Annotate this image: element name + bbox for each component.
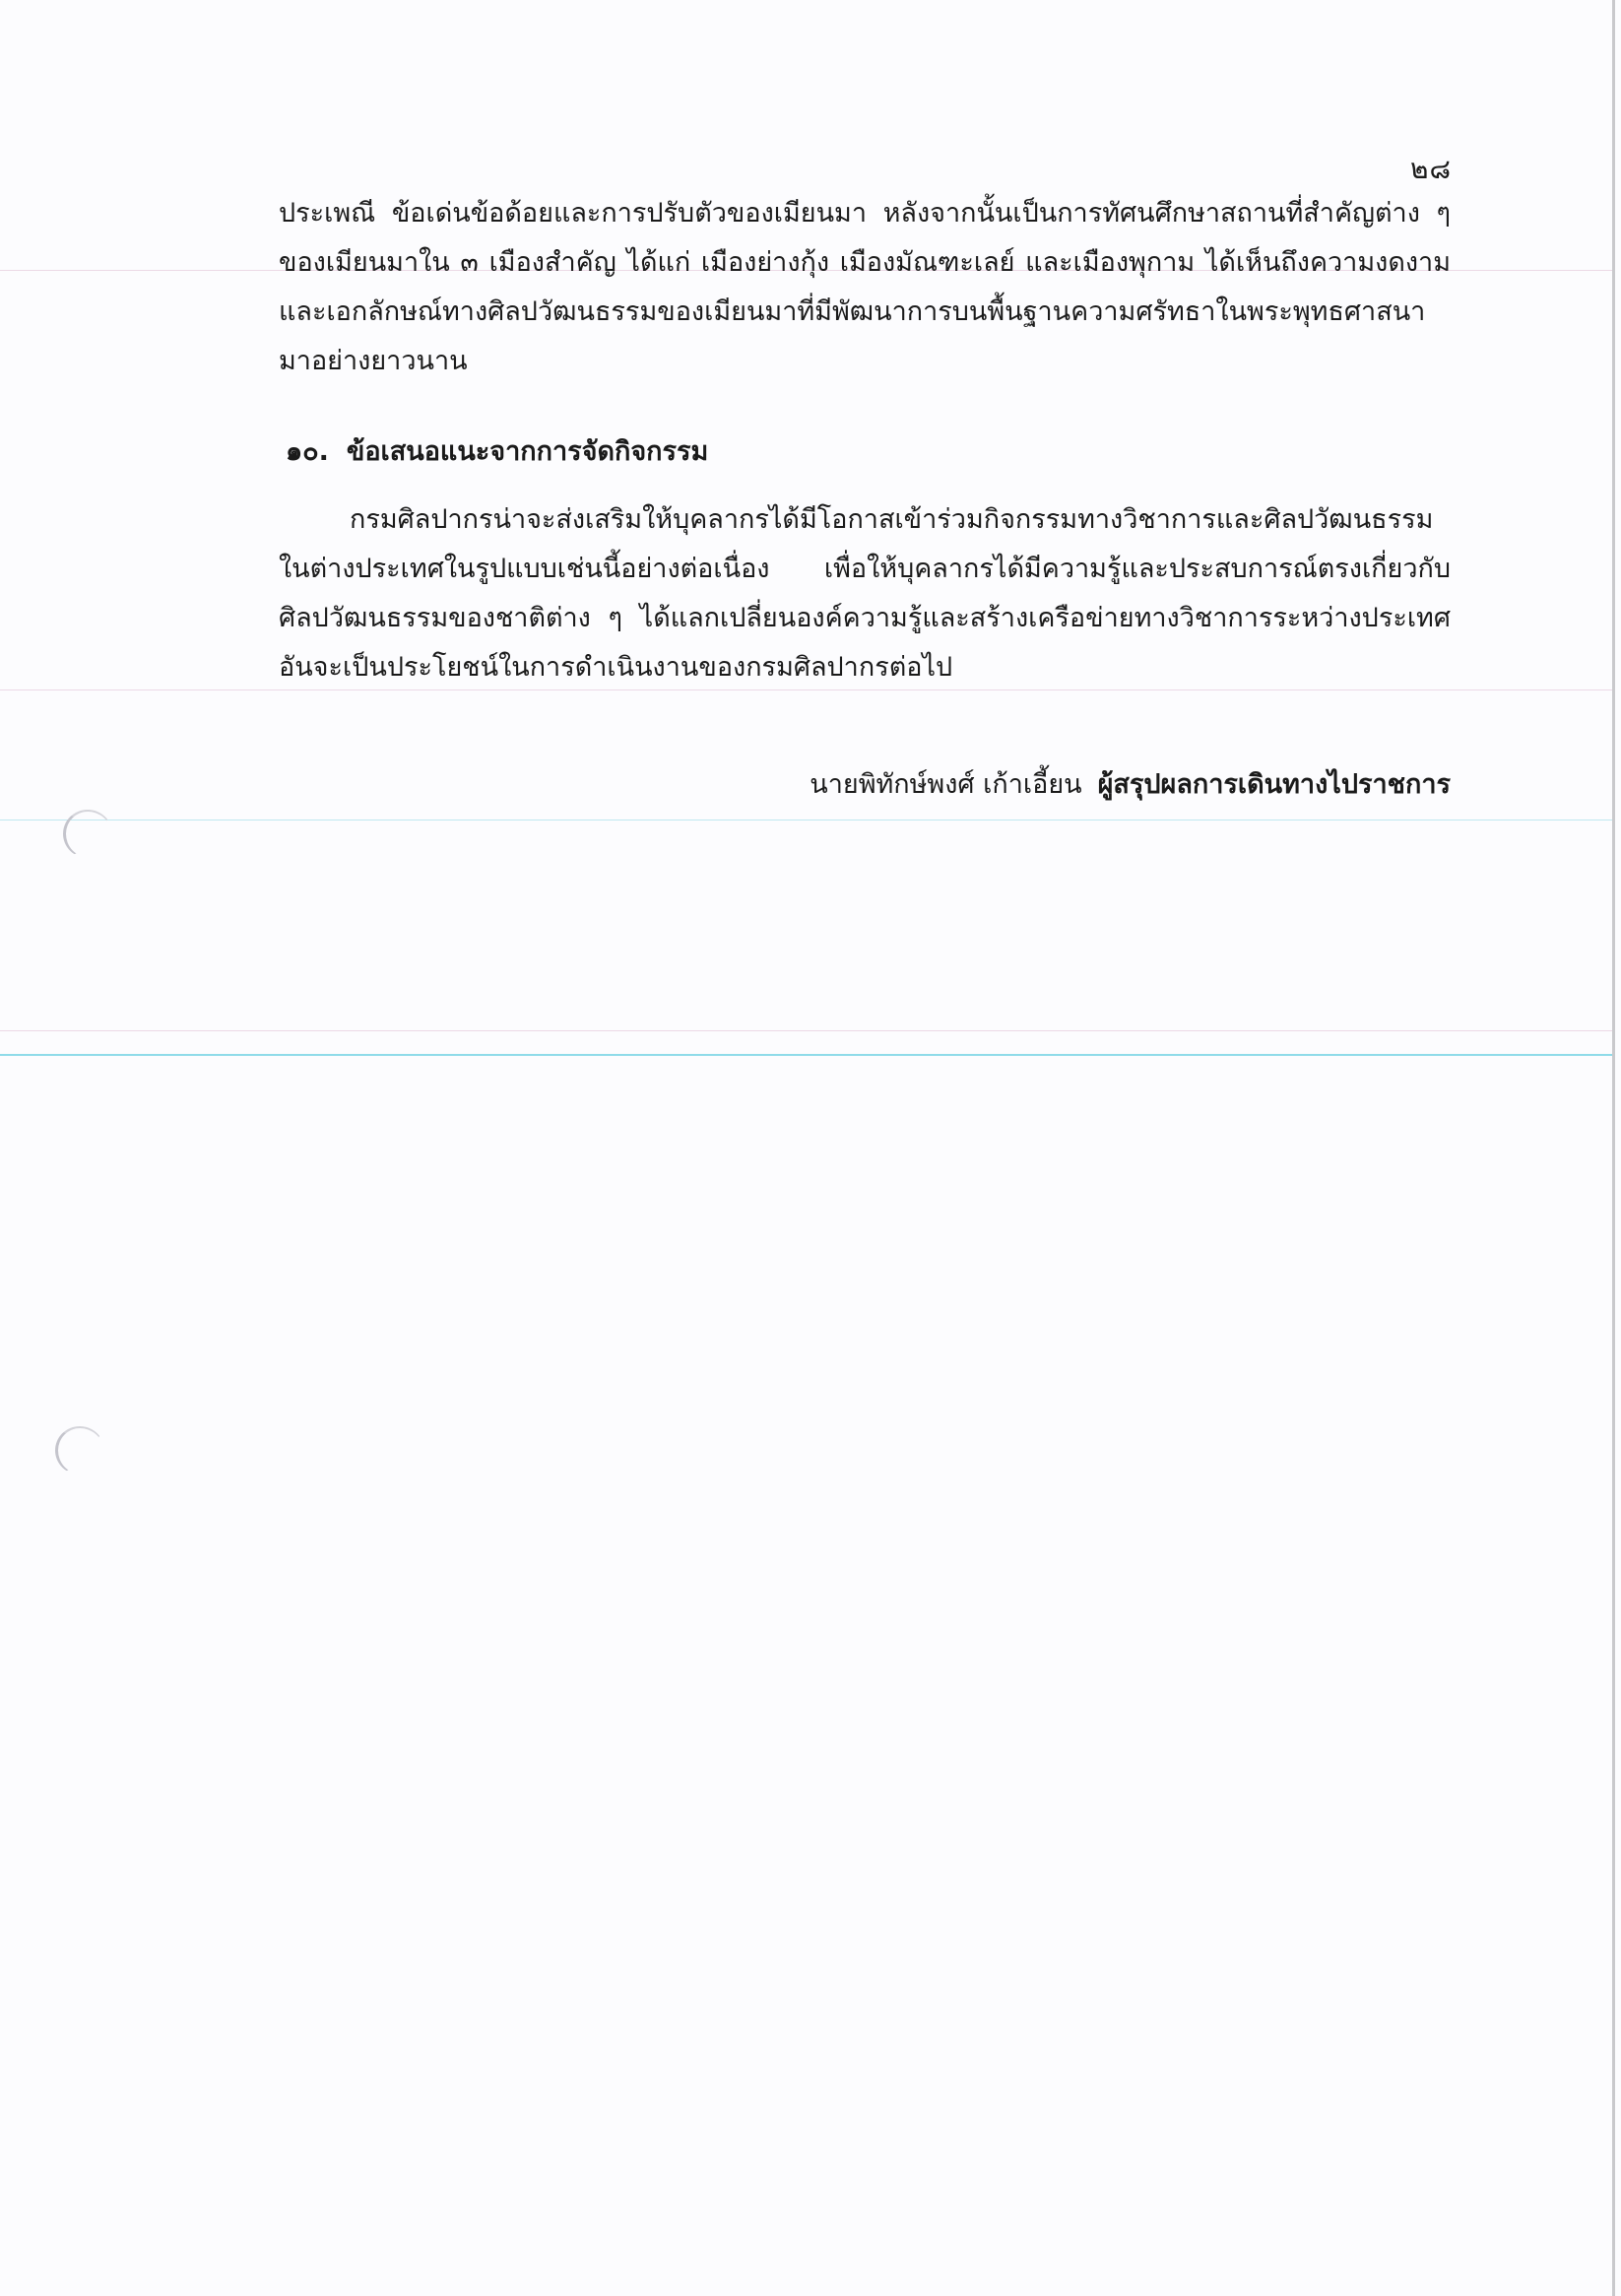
scan-artifact-line [0, 1030, 1612, 1031]
signatory-name: นายพิทักษ์พงศ์ เก้าเอี้ยน [810, 769, 1081, 800]
punch-hole [55, 1426, 104, 1475]
section-title: ข้อเสนอแนะจากการจัดกิจกรรม [347, 436, 708, 467]
page-number: ๒๘ [1410, 148, 1452, 191]
section-heading: ๑๐.ข้อเสนอแนะจากการจัดกิจกรรม [286, 429, 708, 472]
page-edge-line [1612, 0, 1615, 2296]
signature-line: นายพิทักษ์พงศ์ เก้าเอี้ยนผู้สรุปผลการเดิ… [810, 762, 1451, 805]
scanned-page: ๒๘ ประเพณี ข้อเด่นข้อด้อยและการปรับตัวขอ… [0, 0, 1621, 2296]
section-number: ๑๐. [286, 436, 329, 467]
signatory-role: ผู้สรุปผลการเดินทางไปราชการ [1098, 769, 1451, 800]
punch-hole [63, 810, 112, 858]
paragraph-continuation: ประเพณี ข้อเด่นข้อด้อยและการปรับตัวของเม… [279, 189, 1451, 386]
recommendation-paragraph: กรมศิลปากรน่าจะส่งเสริมให้บุคลากรได้มีโอ… [279, 495, 1451, 692]
scan-artifact-line [0, 820, 1612, 820]
scan-artifact-line [0, 1054, 1612, 1056]
